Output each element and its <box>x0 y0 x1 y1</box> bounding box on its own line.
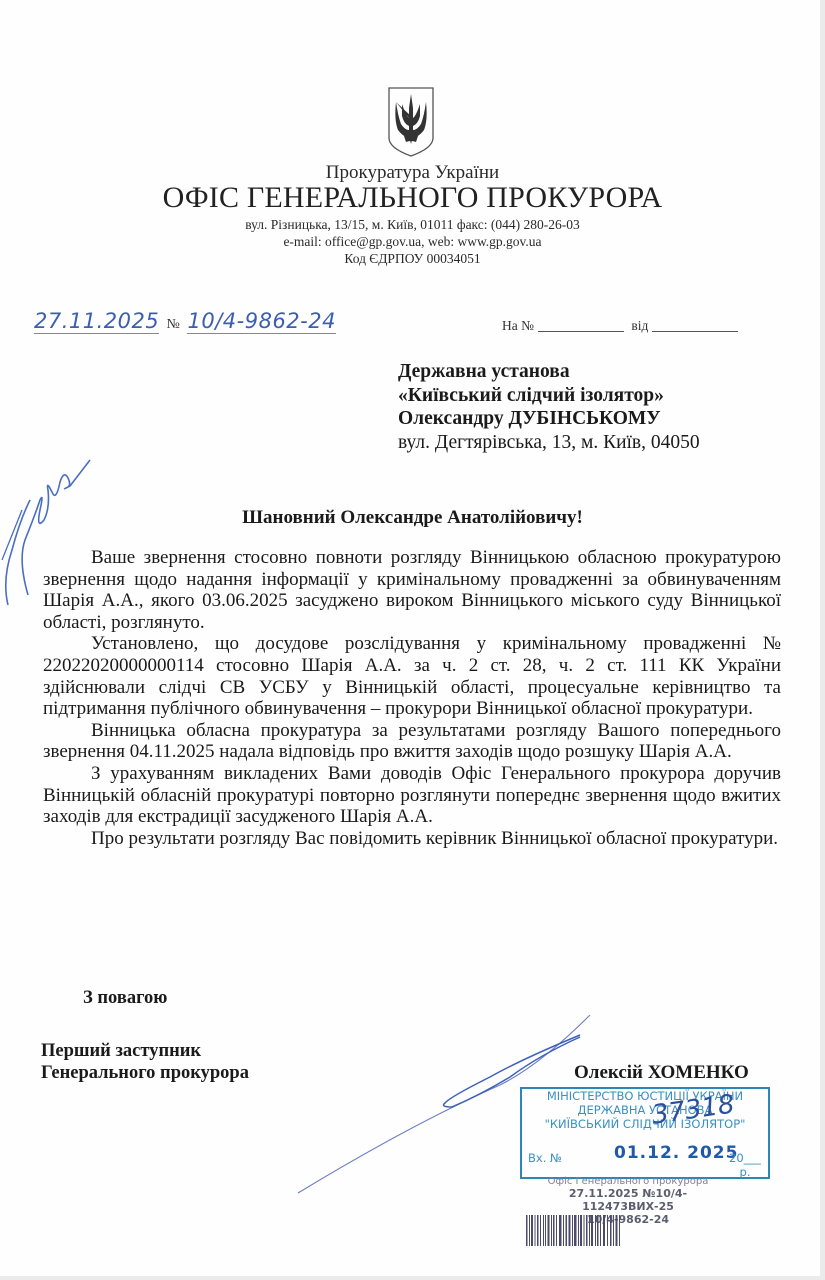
body-paragraph: Вінницька обласна прокуратура за результ… <box>43 720 781 763</box>
office-address: вул. Різницька, 13/15, м. Київ, 01011 фа… <box>0 217 825 233</box>
reference-date: 27.11.2025 <box>34 309 159 334</box>
registration-office: Офіс Генерального прокурора <box>528 1176 728 1187</box>
stamp-date: 01.12. 2025 <box>614 1146 738 1160</box>
barcode-icon <box>526 1215 621 1246</box>
reply-date-blank <box>652 331 738 332</box>
stamp-incoming-number: 37318 <box>651 1097 735 1122</box>
incoming-registration-stamp: МІНІСТЕРСТВО ЮСТИЦІЇ УКРАЇНИ ДЕРЖАВНА УС… <box>520 1087 770 1179</box>
reply-number-blank <box>538 331 624 332</box>
recipient-line-1: Державна установа <box>398 360 700 384</box>
position-line-2: Генерального прокурора <box>41 1062 249 1084</box>
letter-body: Ваше звернення стосовно повноти розгляду… <box>43 547 781 849</box>
office-name: ОФІС ГЕНЕРАЛЬНОГО ПРОКУРОРА <box>0 181 825 215</box>
office-contacts: e-mail: office@gp.gov.ua, web: www.gp.go… <box>0 234 825 250</box>
trident-emblem-icon <box>386 86 436 158</box>
reply-reference: На № від <box>502 318 742 334</box>
outgoing-reference: 27.11.2025 № 10/4-9862-24 <box>34 309 336 333</box>
from-label: від <box>631 318 648 333</box>
body-paragraph: З урахуванням викладених Вами доводів Оф… <box>43 763 781 828</box>
number-sign: № <box>166 317 180 332</box>
reply-to-label: На № <box>502 318 534 333</box>
signer-position: Перший заступник Генерального прокурора <box>41 1040 249 1084</box>
office-code: Код ЄДРПОУ 00034051 <box>0 251 825 267</box>
recipient-address: вул. Дегтярівська, 13, м. Київ, 04050 <box>398 431 700 455</box>
body-paragraph: Ваше звернення стосовно повноти розгляду… <box>43 547 781 633</box>
recipient-block: Державна установа «Київський слідчий ізо… <box>398 360 700 454</box>
registration-outgoing: 27.11.2025 №10/4-112473ВИХ-25 <box>528 1187 728 1213</box>
reference-number: 10/4-9862-24 <box>187 309 335 334</box>
recipient-line-2: «Київський слідчий ізолятор» <box>398 384 700 408</box>
closing-phrase: З повагою <box>83 988 167 1009</box>
stamp-year-suffix: 20___ р. <box>722 1151 768 1179</box>
body-paragraph: Установлено, що досудове розслідування у… <box>43 633 781 719</box>
salutation: Шановний Олександре Анатолійовичу! <box>0 507 825 529</box>
letter-page: Прокуратура України ОФІС ГЕНЕРАЛЬНОГО ПР… <box>0 0 820 1276</box>
position-line-1: Перший заступник <box>41 1040 249 1062</box>
recipient-name: Олександру ДУБІНСЬКОМУ <box>398 407 700 431</box>
body-paragraph: Про результати розгляду Вас повідомить к… <box>43 828 781 850</box>
